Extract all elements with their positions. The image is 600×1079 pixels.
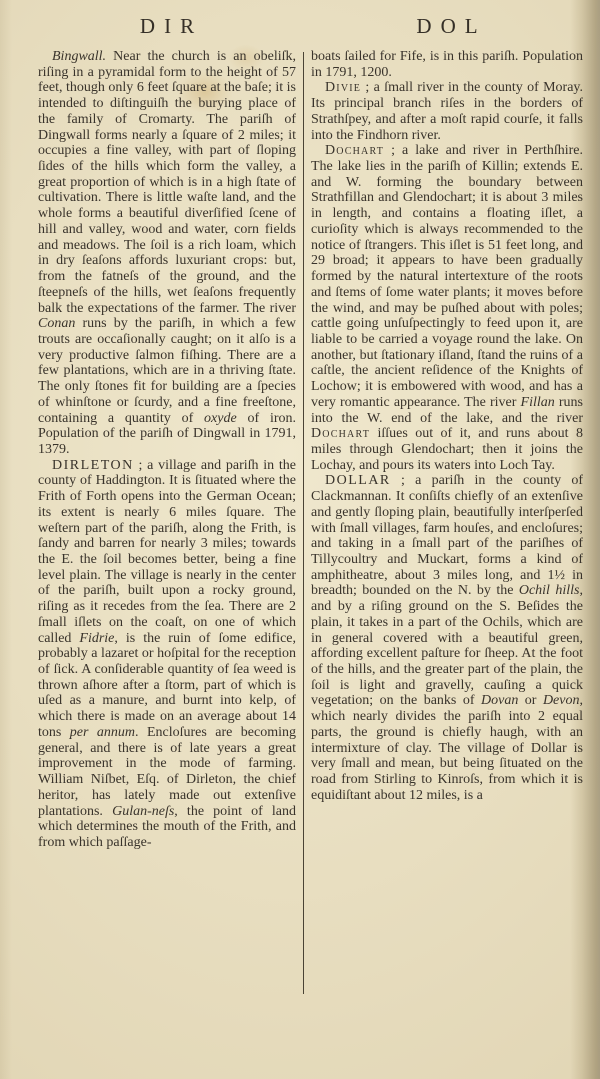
text-segment: Dochart: [311, 426, 370, 441]
column-divider-rule: [303, 52, 304, 994]
text-segment: DIRLETON: [52, 458, 134, 473]
text-segment: runs by the pariſh, in which a few trout…: [38, 316, 296, 425]
entry-dingwall-continuation: Bingwall. Near the church is an obeliſk,…: [38, 49, 296, 458]
running-head-right: DOL: [407, 14, 486, 38]
text-segment: boats ſailed for Fife, is in this pariſh…: [311, 49, 583, 80]
text-segment: Devon: [543, 693, 580, 708]
text-segment: ; a village and pariſh in the county of …: [38, 458, 296, 646]
entry-dirleton-continuation: boats ſailed for Fife, is in this pariſh…: [311, 49, 583, 80]
book-page: DIR DOL Bingwall. Near the church is an …: [0, 0, 600, 1079]
text-segment: Divie: [325, 80, 361, 95]
column-left: Bingwall. Near the church is an obeliſk,…: [38, 49, 296, 997]
text-columns: Bingwall. Near the church is an obeliſk,…: [0, 49, 600, 997]
text-segment: per annum: [70, 725, 135, 740]
text-segment: Dochart: [325, 143, 384, 158]
entry-dollar: DOLLAR ; a pariſh in the county of Clack…: [311, 473, 583, 803]
text-segment: Gulan-neſs: [112, 804, 174, 819]
text-segment: ; a pariſh in the county of Clackmannan.…: [311, 473, 583, 598]
text-segment: , which nearly divides the pariſh into 2…: [311, 693, 583, 802]
text-segment: DOLLAR: [325, 473, 391, 488]
text-segment: , and by a riſing ground on the S. Beſid…: [311, 583, 583, 708]
entry-divie: Divie ; a ſmall river in the county of M…: [311, 80, 583, 143]
text-segment: Dovan: [481, 693, 518, 708]
entry-dirleton: DIRLETON ; a village and pariſh in the c…: [38, 458, 296, 851]
text-segment: , is the ruin of ſome edifice, probably …: [38, 631, 296, 740]
text-segment: or: [518, 693, 543, 708]
entry-dochart: Dochart ; a lake and river in Perthſhire…: [311, 143, 583, 473]
text-segment: oxyde: [204, 411, 237, 426]
text-segment: Fidrie: [79, 631, 114, 646]
column-right: boats ſailed for Fife, is in this pariſh…: [311, 49, 583, 997]
text-segment: Bingwall.: [52, 49, 106, 64]
running-head-slot-right: DOL: [311, 14, 583, 39]
running-head-slot-left: DIR: [38, 14, 296, 39]
text-segment: Fillan: [521, 395, 555, 410]
text-segment: Ochil hills: [519, 583, 580, 598]
running-heads: DIR DOL: [0, 14, 600, 48]
text-segment: Conan: [38, 316, 75, 331]
text-segment: Near the church is an obeliſk, riſing in…: [38, 49, 296, 316]
running-head-left: DIR: [131, 14, 203, 38]
text-segment: ; a lake and river in Perthſhire. The la…: [311, 143, 583, 410]
